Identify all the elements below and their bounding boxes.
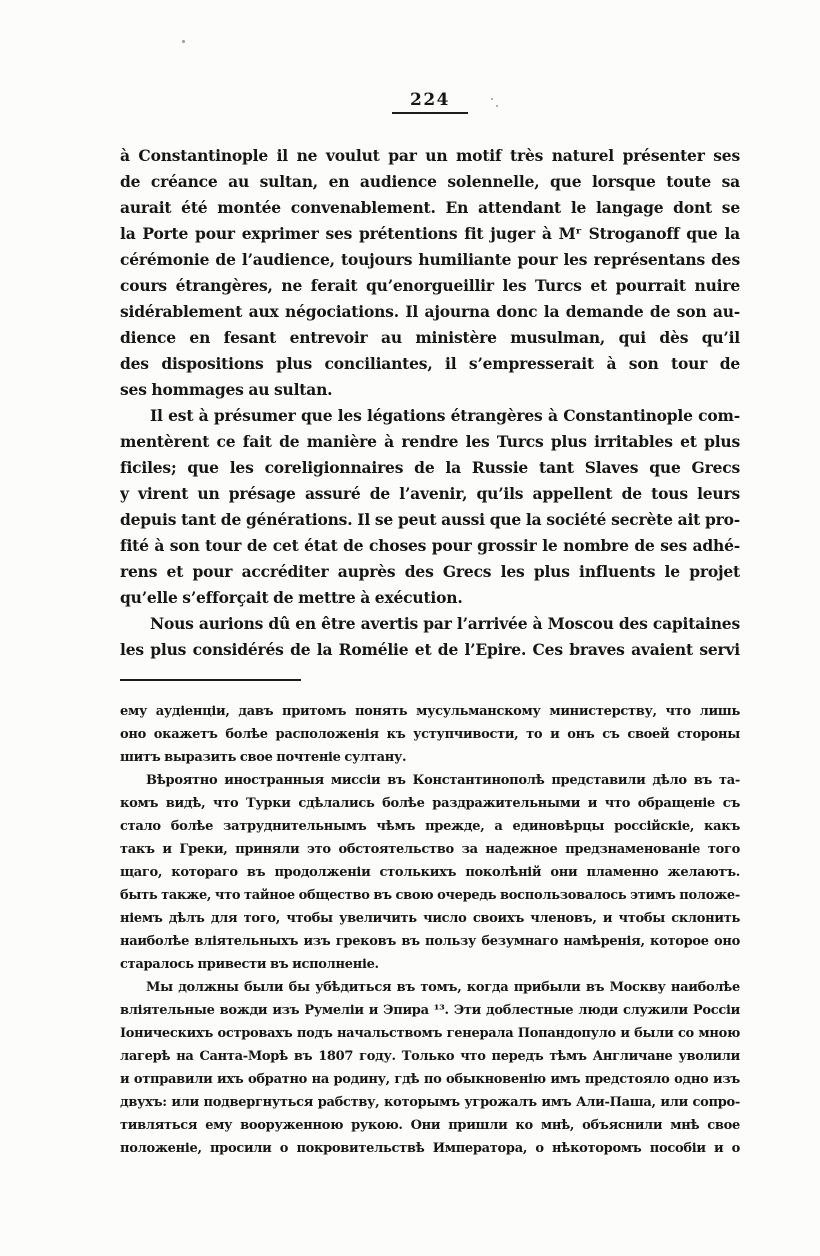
footnote-text-block: ему аудіенціи, давъ притомъ понять мусул… bbox=[120, 700, 740, 1160]
text-line: положеніе, просили о покровительствѣ Имп… bbox=[120, 1137, 740, 1160]
footnote-separator-rule bbox=[120, 679, 301, 681]
text-line: ніемъ дѣлъ для того, чтобы увеличить чис… bbox=[120, 907, 740, 930]
text-line: fité à son tour de cet état de choses po… bbox=[120, 533, 740, 559]
text-line: ему аудіенціи, давъ притомъ понять мусул… bbox=[120, 700, 740, 723]
text-line: qu’elle s’efforçait de mettre à exécutio… bbox=[120, 585, 740, 611]
text-line: dience en fesant entrevoir au ministère … bbox=[120, 325, 740, 351]
page-header: 224 bbox=[120, 90, 740, 114]
text-line: Nous aurions dû en être avertis par l’ar… bbox=[120, 611, 740, 637]
scan-speck bbox=[182, 40, 185, 43]
page-number-rule bbox=[392, 112, 468, 114]
text-line: комъ видѣ, что Турки сдѣлались болѣе раз… bbox=[120, 792, 740, 815]
text-line: быть также, что тайное общество въ свою … bbox=[120, 884, 740, 907]
text-line: двухъ: или подвергнуться рабству, которы… bbox=[120, 1091, 740, 1114]
text-line: тивляться ему вооруженною рукою. Они при… bbox=[120, 1114, 740, 1137]
text-line: Il est à présumer que les légations étra… bbox=[120, 403, 740, 429]
text-line: à Constantinople il ne voulut par un mot… bbox=[120, 143, 740, 169]
text-line: y virent un présage assuré de l’avenir, … bbox=[120, 481, 740, 507]
text-line: de créance au sultan, en audience solenn… bbox=[120, 169, 740, 195]
text-line: Мы должны были бы убѣдиться въ томъ, ког… bbox=[120, 976, 740, 999]
text-line: шитъ выразить свое почтеніе султану. bbox=[120, 746, 740, 769]
page-number: 224 bbox=[120, 90, 740, 110]
text-line: rens et pour accréditer auprès des Grecs… bbox=[120, 559, 740, 585]
text-line: les plus considérés de la Romélie et de … bbox=[120, 637, 740, 663]
text-line: mentèrent ce fait de manière à rendre le… bbox=[120, 429, 740, 455]
text-line: лагерѣ на Санта-Морѣ въ 1807 году. Тольк… bbox=[120, 1045, 740, 1068]
text-line: такъ и Греки, приняли это обстоятельство… bbox=[120, 838, 740, 861]
text-line: ses hommages au sultan. bbox=[120, 377, 740, 403]
text-line: наиболѣе вліятельныхъ изъ грековъ въ пол… bbox=[120, 930, 740, 953]
text-line: щаго, котораго въ продолженіи столькихъ … bbox=[120, 861, 740, 884]
text-line: стало болѣе затруднительнымъ чѣмъ прежде… bbox=[120, 815, 740, 838]
text-line: des dispositions plus conciliantes, il s… bbox=[120, 351, 740, 377]
text-line: cours étrangères, ne ferait qu’enorgueil… bbox=[120, 273, 740, 299]
text-line: Вѣроятно иностранныя миссіи въ Константи… bbox=[120, 769, 740, 792]
text-line: и отправили ихъ обратно на родину, гдѣ п… bbox=[120, 1068, 740, 1091]
text-line: старалось привести въ исполненіе. bbox=[120, 953, 740, 976]
text-line: Іоническихъ островахъ подъ начальствомъ … bbox=[120, 1022, 740, 1045]
text-line: cérémonie de l’audience, toujours humili… bbox=[120, 247, 740, 273]
text-line: aurait été montée convenablement. En att… bbox=[120, 195, 740, 221]
text-line: вліятельные вожди изъ Румеліи и Эпира ¹³… bbox=[120, 999, 740, 1022]
text-line: ficiles; que les coreligionnaires de la … bbox=[120, 455, 740, 481]
text-line: depuis tant de générations. Il se peut a… bbox=[120, 507, 740, 533]
main-text-block: à Constantinople il ne voulut par un mot… bbox=[120, 143, 740, 663]
text-line: la Porte pour exprimer ses prétentions f… bbox=[120, 221, 740, 247]
text-line: оно окажетъ болѣе расположенія къ уступч… bbox=[120, 723, 740, 746]
text-line: sidérablement aux négociations. Il ajour… bbox=[120, 299, 740, 325]
